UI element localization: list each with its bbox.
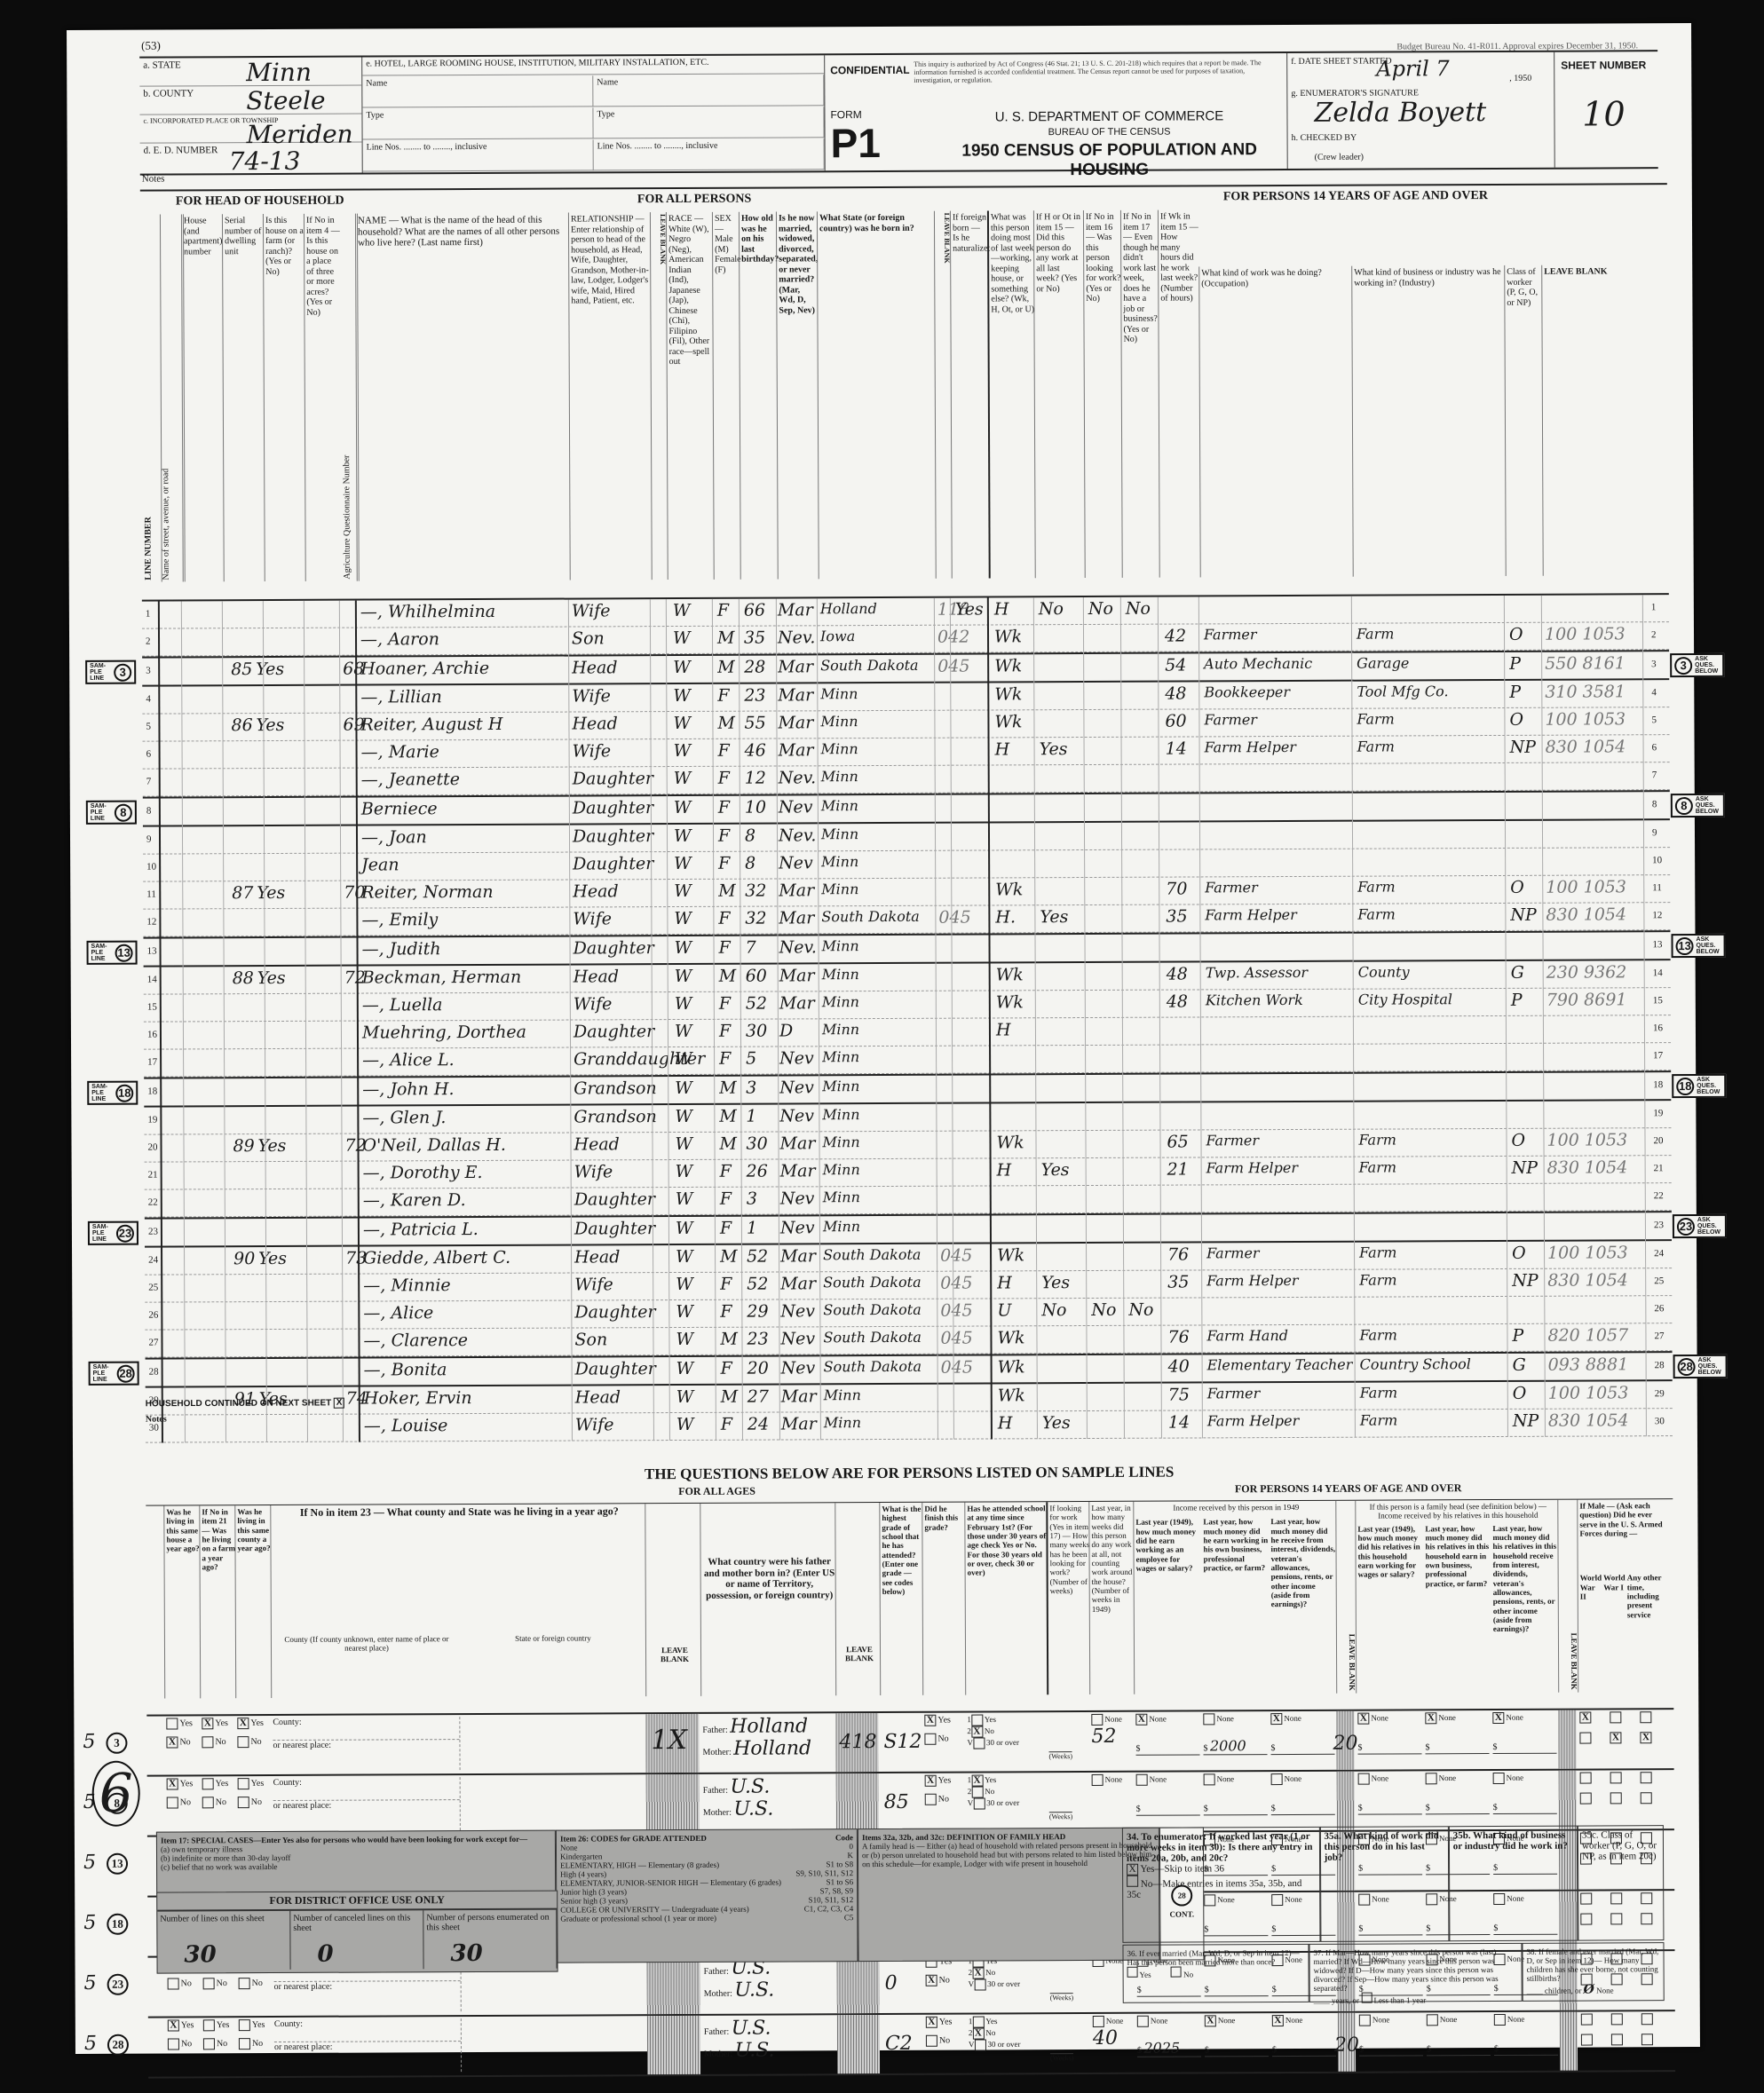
household-continued-checkbox[interactable]: X [334, 1398, 344, 1409]
farm-answer: Yes [258, 1249, 287, 1268]
q23-yes-checkbox[interactable]: X [237, 1718, 249, 1729]
county-field[interactable]: County:or nearest place: [273, 1717, 459, 1750]
q22-no-checkbox[interactable] [202, 1797, 214, 1808]
occupation: Farmer [1204, 711, 1257, 728]
armed-ww1-yes-checkbox[interactable] [1610, 1772, 1622, 1783]
income-32c[interactable]: XNone $ [1492, 1712, 1556, 1754]
birthplace: South Dakota [823, 1301, 921, 1318]
enumerator-signature: Zelda Boyett [1314, 97, 1486, 129]
q22-yes-checkbox[interactable] [202, 1778, 214, 1789]
income-31b-value: 2000 [1210, 1737, 1246, 1754]
armed-ww1-yes-checkbox[interactable] [1611, 2013, 1623, 2025]
weeks-none-checkbox[interactable] [1093, 2016, 1104, 2027]
income-31c[interactable]: None $ [1271, 1773, 1335, 1815]
marital-status: Mar [780, 1274, 816, 1293]
dwelling-number: 89 [233, 1136, 254, 1156]
person-name: Reiter, Norman [361, 882, 493, 903]
birthplace: South Dakota [820, 657, 918, 674]
col-24b: State or foreign country [460, 1633, 646, 1653]
father-birthplace: Holland [730, 1715, 808, 1737]
income-31b-none-checkbox[interactable] [1204, 1773, 1215, 1785]
person-name: —, Patricia L. [363, 1220, 479, 1240]
income-31a-none-checkbox[interactable] [1136, 1774, 1148, 1786]
date-value: April 7 [1376, 56, 1450, 81]
sample-line-label: SAM-PLE LINE [91, 944, 113, 962]
income-31a[interactable]: None $ 2025 [1137, 2015, 1201, 2057]
birthplace: Minn [820, 685, 858, 702]
school-yes-checkbox[interactable] [972, 2017, 984, 2028]
sheet-number-label: SHEET NUMBER [1554, 51, 1652, 71]
confidential-label: CONFIDENTIAL [830, 64, 909, 76]
line-number-right: 27 [1654, 1331, 1664, 1341]
col-28: Has he attended school at any time since… [964, 1502, 1049, 1694]
weeks-worked[interactable]: None40 [1093, 2016, 1124, 2050]
income-32a[interactable]: None $ [1359, 2014, 1423, 2056]
q36-yes-label: Yes [1140, 1971, 1151, 1979]
income-32c-none-checkbox[interactable]: X [1492, 1712, 1504, 1724]
col-27: Did he finish this grade? [922, 1503, 968, 1695]
school-no-checkbox[interactable] [971, 1787, 983, 1798]
income-31b-none-checkbox[interactable] [1203, 1713, 1214, 1725]
group-14-plus: FOR PERSONS 14 YEARS OF AGE AND OVER [1223, 189, 1488, 204]
person-name: —, Judith [362, 939, 441, 959]
leave-blank-e-value: 418 [839, 1731, 876, 1753]
income-32a-none-checkbox[interactable]: X [1357, 1713, 1369, 1725]
person-name: —, Lillian [360, 687, 442, 707]
office-code: 093 8881 [1548, 1355, 1629, 1374]
margin-mark: 5 [83, 1852, 96, 1874]
age: 8 [745, 854, 755, 873]
class-of-worker: NP [1513, 1411, 1539, 1431]
armed-ww2-no-checkbox[interactable] [1581, 2034, 1593, 2046]
ask-questions-badge: 8ASK QUES. BELOW [1671, 794, 1725, 817]
age: 30 [746, 1022, 767, 1041]
income-32b-none-checkbox[interactable]: X [1425, 1712, 1436, 1724]
finished-no-checkbox[interactable] [926, 2035, 937, 2047]
q23-no-checkbox[interactable] [238, 1797, 249, 1808]
line-number: 5 [146, 722, 151, 732]
marital-status: Mar [779, 740, 814, 760]
leave-blank-b: 045 [940, 1329, 972, 1348]
col-7: NAME — What is the name of the head of t… [355, 213, 573, 581]
income-31b[interactable]: None $ 2000 [1203, 1713, 1267, 1755]
age: 20 [748, 1359, 769, 1378]
sample-line-label: SAM-PLE LINE [91, 1084, 113, 1102]
race: W [675, 1078, 692, 1098]
age: 35 [744, 628, 765, 648]
race: W [675, 967, 692, 986]
q38-text: 38. If female and ever married (Mar, Wd,… [1526, 1947, 1659, 1983]
q21-no-checkbox[interactable] [168, 1978, 179, 1989]
q21-yes-checkbox[interactable] [166, 1718, 178, 1729]
school-no-checkbox[interactable]: X [972, 2028, 984, 2040]
person-name: Hoker, Ervin [364, 1388, 472, 1409]
activity: Wk [998, 1357, 1025, 1377]
highest-grade: S12 [883, 1731, 922, 1753]
income-31c[interactable]: XNone $ [1270, 1713, 1334, 1755]
line-number: 23 [148, 1227, 158, 1237]
relationship: Grandson [573, 1078, 657, 1098]
armed-ww1-no-checkbox[interactable] [1610, 1792, 1622, 1804]
ask-below-label: ASK QUES. BELOW [1696, 796, 1720, 815]
sample-line-badge: SAM-PLE LINE28 [89, 1362, 139, 1386]
finished-no-checkbox[interactable] [925, 1794, 937, 1805]
hours-worked: 42 [1165, 627, 1186, 646]
state-field[interactable] [461, 2018, 645, 2072]
leave-blank-b: 045 [938, 908, 970, 928]
relationship: Wife [573, 909, 612, 928]
occupation: Farmer [1206, 1244, 1260, 1261]
hours-worked: 48 [1167, 965, 1188, 984]
canceled-count: 0 [317, 1941, 333, 1968]
lines-count: 30 [184, 1941, 216, 1968]
q36-yes-checkbox[interactable] [1127, 1967, 1138, 1978]
income-31c-none-checkbox[interactable]: X [1272, 2015, 1284, 2026]
income-31c[interactable]: XNone $ [1272, 2015, 1336, 2057]
office-code: 100 1053 [1545, 624, 1626, 644]
margin-mark: 5 [83, 1731, 95, 1753]
relationship: Daughter [573, 769, 653, 788]
hours-worked: 48 [1167, 992, 1188, 1012]
armed-other-no-checkbox[interactable]: X [1640, 1732, 1651, 1743]
relationship: Wife [572, 601, 611, 620]
armed-ww2-yes-checkbox[interactable] [1580, 1773, 1592, 1784]
industry: County [1358, 963, 1410, 980]
institution-type-1: Type [362, 107, 593, 139]
income-32c[interactable]: None $ [1493, 1773, 1557, 1814]
grade-codes-list: None0KindergartenKELEMENTARY, HIGH — Ele… [560, 1842, 853, 1923]
ask-line-number: 23 [1677, 1218, 1695, 1236]
sex: F [718, 798, 730, 817]
sex: F [717, 686, 729, 706]
race: W [674, 854, 692, 873]
income-32b[interactable]: XNone $ [1425, 1712, 1489, 1754]
age: 5 [746, 1049, 756, 1069]
line-number: 25 [148, 1283, 158, 1293]
race: W [676, 1359, 694, 1378]
sample-row: 28 5 XYes No Yes No Yes No County:or nea… [148, 2011, 1675, 2079]
line-number: 4 [146, 694, 151, 705]
activity: Wk [997, 1245, 1024, 1265]
sheet-corner-label: (53) [141, 39, 161, 53]
q36-no-checkbox[interactable] [1171, 1967, 1182, 1978]
table-row: 30—, LouiseWifeWF24MarMinnHYes14Farm Hel… [146, 1409, 1673, 1443]
mother-birthplace: U.S. [734, 1979, 774, 2002]
weeks-worked[interactable]: None52 [1091, 1714, 1122, 1748]
line-number-right: 10 [1652, 855, 1662, 865]
occupation: Auto Mechanic [1204, 655, 1312, 673]
q21-no-checkbox[interactable]: X [166, 1736, 178, 1748]
age: 8 [745, 826, 755, 846]
relationship: Head [574, 1247, 620, 1267]
sex: M [719, 967, 737, 986]
office-code: 830 1054 [1547, 1270, 1628, 1290]
weeks-looking[interactable]: (Weeks) [1050, 1993, 1073, 2002]
armed-ww1: X [1610, 1711, 1623, 1743]
col-16: If H or Ot in item 15 — Did this person … [1033, 210, 1088, 578]
q38-none-checkbox[interactable]: Ø [1584, 1983, 1594, 1997]
state-field[interactable] [460, 1776, 644, 1830]
did-work: Yes [1040, 739, 1068, 759]
armed-ww2-no-checkbox[interactable] [1580, 1793, 1592, 1805]
household-continued-label: HOUSEHOLD CONTINUED ON NEXT SHEET [146, 1398, 332, 1409]
sample-line-circle: 28 [107, 2034, 129, 2056]
census-sheet: (53) Budget Bureau No. 41-R011. Approval… [67, 23, 1700, 2054]
income-32c[interactable]: None $ [1494, 2014, 1558, 2056]
q23-no-checkbox[interactable] [237, 1736, 249, 1748]
sheet-header: a. STATEMinn b. COUNTYSteele c. INCORPOR… [139, 50, 1658, 175]
sample-row: 3 5 Yes XNo XYes No XYes No County:or ne… [146, 1710, 1673, 1777]
line-number-right: 24 [1654, 1248, 1664, 1259]
line-number-right: 30 [1655, 1416, 1665, 1426]
armed-other-yes-checkbox[interactable] [1640, 1711, 1651, 1723]
line-number: 16 [147, 1030, 157, 1040]
income-32a-none-checkbox[interactable] [1359, 2015, 1371, 2026]
armed-other-yes-checkbox[interactable] [1641, 2013, 1653, 2025]
q35a: 35a. What kind of work did this person d… [1319, 1826, 1449, 1942]
occupation: Farm Helper [1206, 1159, 1298, 1176]
weeks-none-checkbox[interactable] [1092, 1774, 1103, 1786]
weeks-worked-value: 40 [1093, 2027, 1124, 2050]
finished-yes-checkbox[interactable]: X [926, 2017, 937, 2028]
line-number: 10 [146, 862, 156, 873]
sample-column-headers: Was he living in this same house a year … [146, 1498, 1673, 1717]
armed-other-yes-checkbox[interactable] [1641, 1772, 1652, 1783]
class-of-worker: NP [1512, 1271, 1539, 1291]
county-field[interactable]: County:or nearest place: [273, 1777, 460, 1811]
income-31c-none-checkbox[interactable]: X [1270, 1713, 1282, 1725]
form-title: 1950 CENSUS OF POPULATION AND HOUSING [932, 140, 1287, 181]
weeks-looking[interactable]: (Weeks) [1050, 2053, 1073, 2062]
sample-line-badge: SAM-PLE LINE8 [86, 801, 137, 825]
income-31a[interactable]: XNone $ [1135, 1713, 1199, 1755]
race: W [676, 1189, 693, 1209]
col-22: If No in item 21 — Was he living on a fa… [199, 1505, 238, 1698]
institution-lines-2: Line Nos. ........ to ........, inclusiv… [594, 138, 825, 170]
finished-yes-checkbox[interactable]: X [925, 1775, 937, 1787]
marital-status: Nev [780, 1301, 815, 1321]
marital-status: Nev [780, 1218, 815, 1237]
q34-yes-checkbox[interactable]: X [1127, 1864, 1138, 1876]
q21-no-checkbox[interactable] [168, 2038, 179, 2050]
armed-ww1 [1611, 2013, 1625, 2045]
industry: Farm [1359, 1271, 1396, 1288]
col-33c: Any other time, including present servic… [1627, 1574, 1669, 1620]
col-E: LEAVE BLANK [835, 1503, 882, 1695]
school-yes-checkbox[interactable]: X [971, 1775, 983, 1787]
finished-no-checkbox[interactable] [924, 1734, 936, 1745]
income-32a-none-checkbox[interactable] [1358, 1773, 1370, 1785]
parents-birthplace: Father: U.S. Mother: U.S. [704, 2017, 835, 2062]
person-name: —, Glen J. [362, 1108, 446, 1127]
income-32c-none-checkbox[interactable] [1493, 1773, 1505, 1784]
finished-no-checkbox[interactable]: X [926, 1975, 937, 1986]
hours-worked: 60 [1165, 712, 1186, 731]
finished-grade: XYes No [926, 2017, 953, 2047]
race: W [673, 714, 691, 733]
household-continued: HOUSEHOLD CONTINUED ON NEXT SHEET X [146, 1398, 344, 1410]
for-all-ages: FOR ALL AGES [678, 1485, 755, 1503]
state-field[interactable] [459, 1716, 643, 1770]
school-30-checkbox[interactable] [974, 2040, 985, 2051]
armed-ww1-yes-checkbox[interactable] [1610, 1711, 1621, 1723]
margin-mark: 5 [84, 2033, 97, 2055]
hours-worked: 40 [1168, 1356, 1190, 1376]
line-number-right: 2 [1651, 629, 1657, 640]
income-32a[interactable]: None $ [1358, 1773, 1422, 1814]
race: W [676, 1275, 693, 1294]
weeks-none-checkbox[interactable] [1091, 1714, 1103, 1726]
birthplace: Minn [822, 993, 859, 1010]
sex: F [719, 938, 731, 958]
q22-no-checkbox[interactable] [203, 2038, 215, 2050]
finished-yes-checkbox[interactable]: X [924, 1715, 936, 1726]
did-work: Yes [1041, 1160, 1070, 1180]
relationship: Head [572, 658, 617, 677]
birthplace: Minn [822, 937, 859, 954]
col-20c: Class of worker (P, G, O, or NP) [1504, 265, 1546, 576]
income-32b[interactable]: None $ [1426, 1773, 1490, 1814]
income-31a-none-checkbox[interactable]: X [1135, 1714, 1147, 1726]
age: 27 [748, 1387, 769, 1407]
school-yes-checkbox[interactable] [971, 1715, 983, 1726]
q23-no-checkbox[interactable] [239, 2038, 250, 2050]
birthplace: Minn [821, 825, 858, 842]
school-30-checkbox[interactable] [973, 1798, 985, 1810]
col-25: What country were his father and mother … [700, 1503, 838, 1696]
income-32b-none-checkbox[interactable] [1426, 1773, 1437, 1784]
q34-no-checkbox[interactable] [1127, 1876, 1138, 1887]
q23-yes-checkbox[interactable] [239, 2019, 250, 2031]
attended-school: 1Yes 2XNo V30 or over [967, 1714, 1019, 1749]
race: W [676, 1162, 693, 1181]
activity: Wk [994, 627, 1022, 646]
race: W [674, 798, 692, 817]
line-number-right: 6 [1652, 742, 1657, 753]
income-31b-none-checkbox[interactable]: X [1205, 2015, 1216, 2026]
weeks-looking[interactable]: (Weeks) [1049, 1812, 1072, 1821]
q21-yes-checkbox[interactable]: X [168, 2019, 179, 2031]
hours-worked: 14 [1166, 739, 1187, 759]
checked-label: h. CHECKED BY [1292, 133, 1357, 143]
income-31a-none-checkbox[interactable] [1137, 2016, 1149, 2027]
class-of-worker: O [1512, 1244, 1526, 1263]
income-32c-none-checkbox[interactable] [1494, 2014, 1506, 2026]
sex: F [719, 994, 731, 1014]
armed-ww2-no-checkbox[interactable] [1579, 1733, 1591, 1744]
line-number: 20 [148, 1142, 158, 1153]
school-no-checkbox[interactable]: X [972, 1968, 984, 1979]
marital-status: Mar [780, 1161, 816, 1181]
q37-less-checkbox[interactable] [1361, 1993, 1372, 2003]
line-number-right: 14 [1653, 968, 1663, 978]
q22-yes-checkbox[interactable] [203, 2019, 215, 2031]
ask-below-label: ASK QUES. BELOW [1698, 1357, 1723, 1376]
line-number-right: 4 [1651, 687, 1657, 698]
sex: M [717, 628, 735, 648]
school-30-checkbox[interactable] [974, 1979, 985, 1991]
activity: Wk [995, 880, 1023, 899]
person-name: Giedde, Albert C. [363, 1248, 510, 1268]
birthplace: Minn [822, 966, 859, 983]
notes-2-label: Notes [146, 1415, 167, 1425]
marital-status: Nev [779, 797, 813, 817]
q21-yes-checkbox[interactable]: X [167, 1778, 178, 1789]
leave-blank-g [1558, 1710, 1576, 1769]
dwelling-number: 88 [233, 968, 254, 988]
armed-ww1-no-checkbox[interactable] [1611, 2034, 1623, 2045]
industry: Garage [1357, 654, 1409, 671]
armed-ww1-no-checkbox[interactable]: X [1610, 1732, 1621, 1743]
sample-line-badge: SAM-PLE LINE13 [87, 941, 138, 965]
weeks-worked[interactable]: None [1092, 1774, 1123, 1786]
col-2: House (and apartment) number [181, 214, 226, 581]
q23-yes-checkbox[interactable] [238, 1778, 249, 1789]
school-no-checkbox[interactable]: X [971, 1726, 983, 1738]
race: W [674, 769, 692, 788]
ask-questions-badge: 18ASK QUES. BELOW [1672, 1074, 1726, 1098]
ask-line-number: 13 [1676, 937, 1694, 955]
income-32b[interactable]: None $ [1427, 2014, 1491, 2056]
line-number: 13 [147, 946, 157, 957]
class-of-worker: NP [1510, 738, 1537, 757]
leave-blank-f [1337, 1772, 1355, 1830]
bureau: BUREAU OF THE CENSUS [950, 126, 1270, 138]
col-20b: What kind of business or industry was he… [1351, 265, 1508, 577]
relationship: Head [573, 967, 619, 986]
income-32a[interactable]: XNone $ [1357, 1712, 1421, 1754]
relationship: Daughter [573, 854, 653, 873]
armed-other-no-checkbox[interactable] [1641, 1792, 1652, 1804]
line-number-right: 21 [1654, 1163, 1664, 1173]
q23-no-checkbox[interactable] [239, 1978, 250, 1989]
office-code: 100 1053 [1548, 1383, 1629, 1402]
q21-no-checkbox[interactable] [167, 1797, 178, 1808]
q22-yes-checkbox[interactable]: X [202, 1718, 213, 1729]
age: 30 [746, 1134, 767, 1154]
institution-name-2: Name [593, 75, 824, 107]
col-32c: Last year, how much money did his relati… [1492, 1523, 1559, 1633]
income-31c-none-checkbox[interactable] [1271, 1773, 1283, 1785]
income-31b[interactable]: XNone $ [1205, 2015, 1269, 2057]
enumerator-block: f. DATE SHEET STARTED April 7 , 1950 g. … [1287, 52, 1555, 169]
income-32b-none-checkbox[interactable] [1427, 2014, 1438, 2026]
farm-answer: Yes [256, 659, 284, 679]
income-31a[interactable]: None $ [1136, 1773, 1200, 1815]
weeks-looking[interactable]: (Weeks) [1049, 1751, 1072, 1760]
col-12: Is he now married, widowed, divorced, se… [776, 211, 821, 579]
col-33b: World War I [1603, 1574, 1626, 1620]
line-number: 9 [146, 834, 152, 845]
relationship: Son [574, 1330, 607, 1349]
school-30-checkbox[interactable] [973, 1738, 985, 1749]
ask-questions-badge: 28ASK QUES. BELOW [1673, 1355, 1728, 1378]
income-31b[interactable]: None $ [1204, 1773, 1268, 1815]
farm-answer: Yes [257, 883, 285, 903]
armed-ww2-yes-checkbox[interactable]: X [1579, 1712, 1591, 1724]
q22-no-checkbox[interactable] [202, 1736, 213, 1748]
county-field[interactable]: County:or nearest place: [274, 2018, 461, 2052]
person-name: —, John H. [362, 1079, 454, 1099]
persons-count: 30 [450, 1940, 482, 1967]
armed-other-no-checkbox[interactable] [1641, 2034, 1653, 2045]
q22-no-checkbox[interactable] [203, 1978, 215, 1989]
armed-ww2-yes-checkbox[interactable] [1581, 2014, 1593, 2026]
q37: 37. If Mar—How many years since this per… [1309, 1943, 1522, 2002]
crew-leader-label: (Crew leader) [1315, 153, 1364, 162]
occupation: Farmer [1207, 1385, 1261, 1402]
institution-name-1: Name [362, 75, 593, 107]
